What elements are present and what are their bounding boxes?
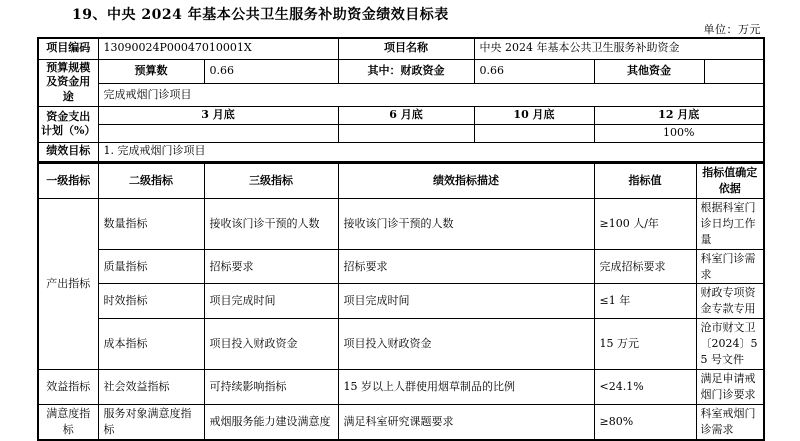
budget-num-label: 预算数 <box>98 59 204 83</box>
project-code-label: 项目编码 <box>38 38 98 59</box>
cell-basis: 科室戒烟门诊需求 <box>696 405 764 440</box>
milestone-october-value <box>474 125 594 143</box>
header-basis: 指标值确定依据 <box>696 163 764 198</box>
cell-level2: 质量指标 <box>98 249 204 284</box>
cell-level1-output: 产出指标 <box>38 198 98 369</box>
indicator-row: 时效指标 项目完成时间 项目完成时间 ≤1 年 财政专项资金专款专用 <box>38 284 764 319</box>
cell-value: ≥80% <box>594 405 696 440</box>
performance-target-label: 绩效目标 <box>38 142 98 161</box>
milestone-december: 12 月底 <box>594 107 764 125</box>
cell-level3: 接收该门诊干预的人数 <box>204 198 338 249</box>
header-description: 绩效指标描述 <box>338 163 594 198</box>
cell-level2: 服务对象满意度指标 <box>98 405 204 440</box>
cell-description: 项目投入财政资金 <box>338 319 594 370</box>
cell-level2: 社会效益指标 <box>98 370 204 405</box>
cell-value: 完成招标要求 <box>594 249 696 284</box>
milestone-december-value: 100% <box>594 125 764 143</box>
header-value: 指标值 <box>594 163 696 198</box>
project-name-value: 中央 2024 年基本公共卫生服务补助资金 <box>474 38 764 59</box>
spend-plan-label: 资金支出计划（%） <box>38 107 98 143</box>
indicator-table: 一级指标 二级指标 三级指标 绩效指标描述 指标值 指标值确定依据 产出指标 数… <box>37 162 765 441</box>
project-name-label: 项目名称 <box>338 38 474 59</box>
cell-level2: 数量指标 <box>98 198 204 249</box>
cell-level1-satisfaction: 满意度指标 <box>38 405 98 440</box>
indicator-row: 成本指标 项目投入财政资金 项目投入财政资金 15 万元 沧市财文卫〔2024〕… <box>38 319 764 370</box>
cell-value: ≤1 年 <box>594 284 696 319</box>
project-code-value: 13090024P00047010001X <box>98 38 338 59</box>
cell-basis: 财政专项资金专款专用 <box>696 284 764 319</box>
milestone-june-value <box>338 125 474 143</box>
cell-description: 项目完成时间 <box>338 284 594 319</box>
cell-level3: 招标要求 <box>204 249 338 284</box>
milestone-march-value <box>98 125 338 143</box>
budget-section-label: 预算规模及资金用途 <box>38 59 98 107</box>
cell-level1-benefit: 效益指标 <box>38 370 98 405</box>
cell-level3: 项目投入财政资金 <box>204 319 338 370</box>
cell-level3: 可持续影响指标 <box>204 370 338 405</box>
header-level1: 一级指标 <box>38 163 98 198</box>
other-funds-value <box>704 59 764 83</box>
performance-target-table: 项目编码 13090024P00047010001X 项目名称 中央 2024 … <box>37 37 763 441</box>
header-level2: 二级指标 <box>98 163 204 198</box>
cell-basis: 根据科室门诊日均工作量 <box>696 198 764 249</box>
cell-value: 15 万元 <box>594 319 696 370</box>
milestone-june: 6 月底 <box>338 107 474 125</box>
cell-level3: 戒烟服务能力建设满意度 <box>204 405 338 440</box>
header-level3: 三级指标 <box>204 163 338 198</box>
cell-basis: 科室门诊需求 <box>696 249 764 284</box>
page-title: 19、中央 2024 年基本公共卫生服务补助资金绩效目标表 <box>72 4 449 24</box>
cell-level2: 成本指标 <box>98 319 204 370</box>
fiscal-funds-label: 其中：财政资金 <box>338 59 474 83</box>
cell-description: 接收该门诊干预的人数 <box>338 198 594 249</box>
performance-target-value: 1. 完成戒烟门诊项目 <box>98 142 764 161</box>
cell-value: <24.1% <box>594 370 696 405</box>
milestone-october: 10 月底 <box>474 107 594 125</box>
budget-num-value: 0.66 <box>204 59 338 83</box>
cell-description: 招标要求 <box>338 249 594 284</box>
project-info-table: 项目编码 13090024P00047010001X 项目名称 中央 2024 … <box>37 37 765 162</box>
other-funds-label: 其他资金 <box>594 59 704 83</box>
cell-basis: 满足申请戒烟门诊要求 <box>696 370 764 405</box>
indicator-row: 质量指标 招标要求 招标要求 完成招标要求 科室门诊需求 <box>38 249 764 284</box>
cell-description: 满足科室研究课题要求 <box>338 405 594 440</box>
cell-basis: 沧市财文卫〔2024〕55 号文件 <box>696 319 764 370</box>
cell-level3: 项目完成时间 <box>204 284 338 319</box>
fund-use-value: 完成戒烟门诊项目 <box>98 83 764 106</box>
cell-value: ≥100 人/年 <box>594 198 696 249</box>
cell-level2: 时效指标 <box>98 284 204 319</box>
indicator-row: 满意度指标 服务对象满意度指标 戒烟服务能力建设满意度 满足科室研究课题要求 ≥… <box>38 405 764 440</box>
indicator-row: 产出指标 数量指标 接收该门诊干预的人数 接收该门诊干预的人数 ≥100 人/年… <box>38 198 764 249</box>
indicator-row: 效益指标 社会效益指标 可持续影响指标 15 岁以上人群使用烟草制品的比例 <2… <box>38 370 764 405</box>
unit-note: 单位：万元 <box>704 21 762 37</box>
fiscal-funds-value: 0.66 <box>474 59 594 83</box>
milestone-march: 3 月底 <box>98 107 338 125</box>
cell-description: 15 岁以上人群使用烟草制品的比例 <box>338 370 594 405</box>
